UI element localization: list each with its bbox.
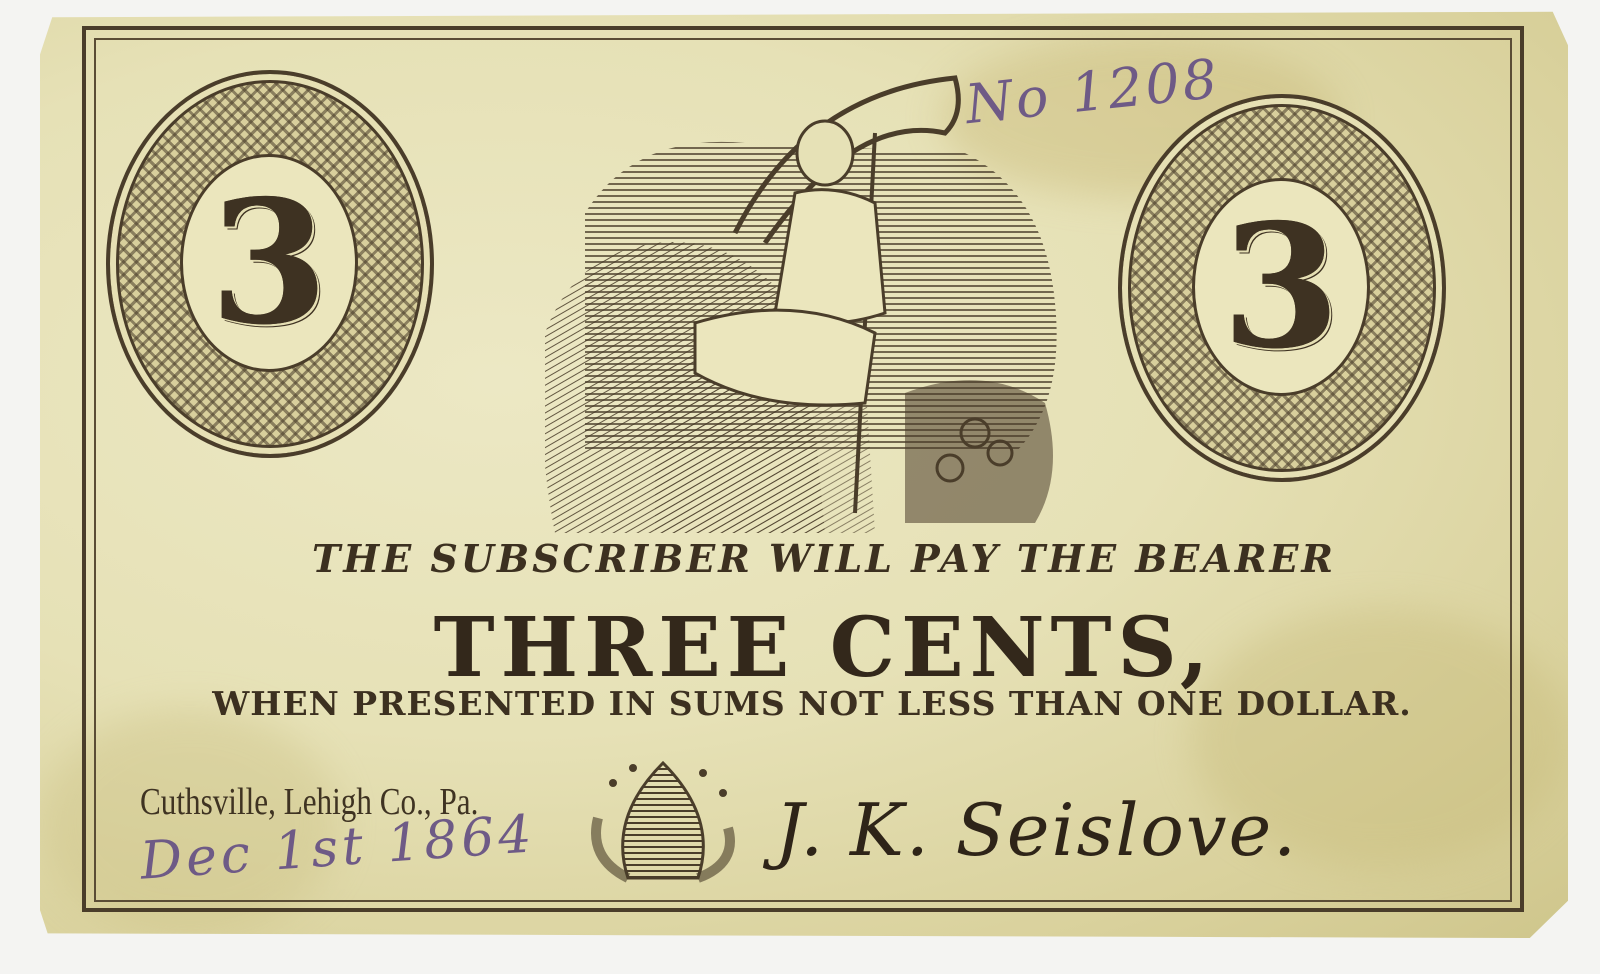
left-denomination-oval: 3 bbox=[106, 70, 434, 458]
banknote: 3 3 No 1208 THE SUBSCRIBER WILL PAY THE … bbox=[40, 8, 1568, 938]
amount-text: THREE CENTS, bbox=[40, 600, 1600, 696]
left-denomination-digit: 3 bbox=[210, 178, 328, 348]
promise-text: THE SUBSCRIBER WILL PAY THE BEARER bbox=[40, 536, 1600, 581]
right-denomination-digit: 3 bbox=[1222, 202, 1340, 372]
harvest-figure-vignette bbox=[545, 73, 1085, 543]
signature: J. K. Seislove. bbox=[775, 788, 1298, 872]
condition-text: WHEN PRESENTED IN SUMS NOT LESS THAN ONE… bbox=[132, 684, 1492, 723]
right-denomination-oval: 3 bbox=[1118, 94, 1446, 482]
beehive-icon bbox=[588, 748, 738, 888]
